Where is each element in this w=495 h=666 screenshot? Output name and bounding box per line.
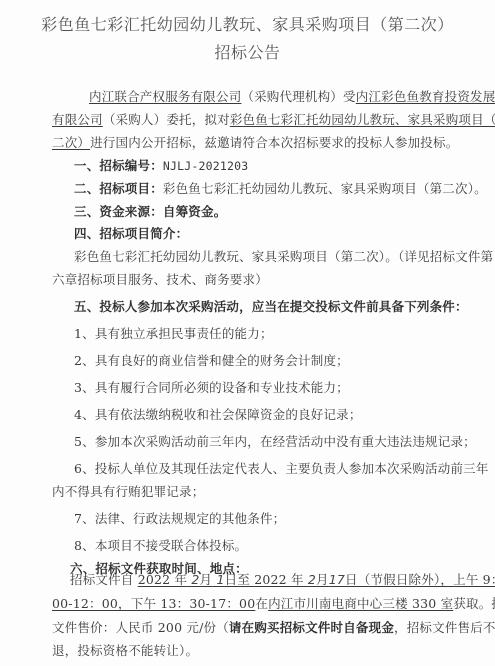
- intro-line-2: 有限公司（采购人）委托，拟对彩色鱼七彩汇托幼园幼儿教玩、家具采购项目（第: [52, 112, 495, 128]
- acquisition-date-range: 2022 年 2月 1日至 2022 年 2月17日（节假日除外），上午 9：: [138, 572, 495, 587]
- purchaser-name: 内江彩色鱼教育投资发展: [356, 89, 495, 104]
- section-funding: 三、资金来源：自筹资金。: [74, 204, 226, 220]
- condition-item: 4、具有依法缴纳税收和社会保障资金的良好记录；: [74, 407, 362, 423]
- project-name: 彩色鱼七彩汇托幼园幼儿教玩、家具采购项目（第: [230, 112, 495, 127]
- agency-name: 内江联合产权服务有限公司: [89, 89, 241, 104]
- handwritten-day-start: 1: [216, 572, 224, 587]
- handwritten-month-end: 2: [308, 572, 316, 587]
- acquisition-price-line: 文件售价：人民币 200 元/份（请在购买招标文件时自备现金，招标文件售后不: [52, 620, 495, 636]
- intro-line-3: 二次）进行国内公开招标，兹邀请符合本次招标要求的投标人参加投标。: [52, 135, 458, 151]
- condition-item: 5、参加本次采购活动前三年内，在经营活动中没有重大违法违规记录；: [74, 434, 476, 450]
- handwritten-day-end: 17: [329, 572, 345, 587]
- section-overview-body-1: 彩色鱼七彩汇托幼园幼儿教玩、家具采购项目（第二次）。（详见招标文件第: [74, 249, 493, 265]
- section-conditions-heading: 五、投标人参加本次采购活动，应当在提交投标文件前具备下列条件：: [74, 299, 468, 315]
- intro-line-1: 内江联合产权服务有限公司（采购代理机构）受内江彩色鱼教育投资发展: [89, 89, 495, 105]
- condition-item: 7、法律、行政法规规定的其他条件；: [74, 511, 285, 527]
- section-project: 二、招标项目：彩色鱼七彩汇托幼园幼儿教玩、家具采购项目（第二次）。: [74, 181, 487, 197]
- condition-item: 2、具有良好的商业信誉和健全的财务会计制度；: [74, 353, 349, 369]
- bid-number: NJLJ-2021203: [163, 159, 248, 173]
- condition-item-continued: 内不得具有行贿犯罪记录；: [52, 484, 204, 500]
- acquisition-refund-line: 退，投标资格不能转让）。: [52, 643, 198, 659]
- acquisition-location-line: 00-12：00，下午 13：30-17：00在内江市川南电商中心三楼 330 …: [52, 596, 495, 612]
- section-overview-heading: 四、招标项目简介：: [74, 226, 188, 242]
- condition-item: 8、本项目不接受联合体投标。: [74, 538, 247, 554]
- document-subtitle: 招标公告: [0, 43, 495, 63]
- section-bid-number: 一、招标编号：NJLJ-2021203: [74, 158, 248, 174]
- condition-item: 3、具有履行合同所必须的设备和专业技术能力；: [74, 380, 349, 396]
- handwritten-month-start: 2: [191, 572, 199, 587]
- condition-item: 6、投标人单位及其现任法定代表人、主要负责人参加本次采购活动前三年: [74, 461, 489, 477]
- acquisition-date-line: 招标文件自 2022 年 2月 1日至 2022 年 2月17日（节假日除外），…: [70, 572, 495, 588]
- cash-notice: 请在购买招标文件时自备现金: [229, 620, 394, 635]
- section-overview-body-2: 六章招标项目服务、技术、商务要求）: [52, 272, 268, 288]
- document-title: 彩色鱼七彩汇托幼园幼儿教玩、家具采购项目（第二次）: [0, 15, 495, 35]
- acquisition-location: 内江市川南电商中心三楼 330 室: [268, 596, 453, 611]
- condition-item: 1、具有独立承担民事责任的能力；: [74, 326, 273, 342]
